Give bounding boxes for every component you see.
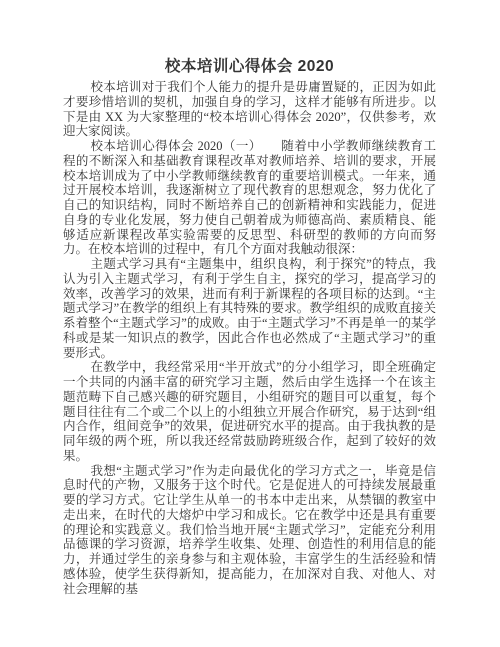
paragraph-intro: 校本培训对于我们个人能力的提升是毋庸置疑的，正因为如此才要珍惜培训的契机，加强自…	[63, 80, 436, 139]
paragraph-section-one-overview: 校本培训心得体会 2020（一） 随着中小学教师继续教育工程的不断深入和基础教育…	[63, 139, 436, 257]
document-page: 校本培训心得体会 2020 校本培训对于我们个人能力的提升是毋庸置疑的，正因为如…	[0, 0, 500, 647]
document-title: 校本培训心得体会 2020	[63, 57, 436, 77]
paragraph-teaching-practice: 在教学中，我经常采用“半开放式”的分小组学习，即全班确定一个共同的内涵丰富的研究…	[63, 360, 436, 463]
paragraph-conclusion: 我想“主题式学习”作为走向最优化的学习方式之一，毕竟是信息时代的产物，又服务于这…	[63, 464, 436, 597]
paragraph-theme-learning-features: 主题式学习具有“主题集中，组织良构，利于探究”的特点，我认为引入主题式学习，有利…	[63, 257, 436, 360]
document-body: 校本培训对于我们个人能力的提升是毋庸置疑的，正因为如此才要珍惜培训的契机，加强自…	[63, 80, 436, 596]
